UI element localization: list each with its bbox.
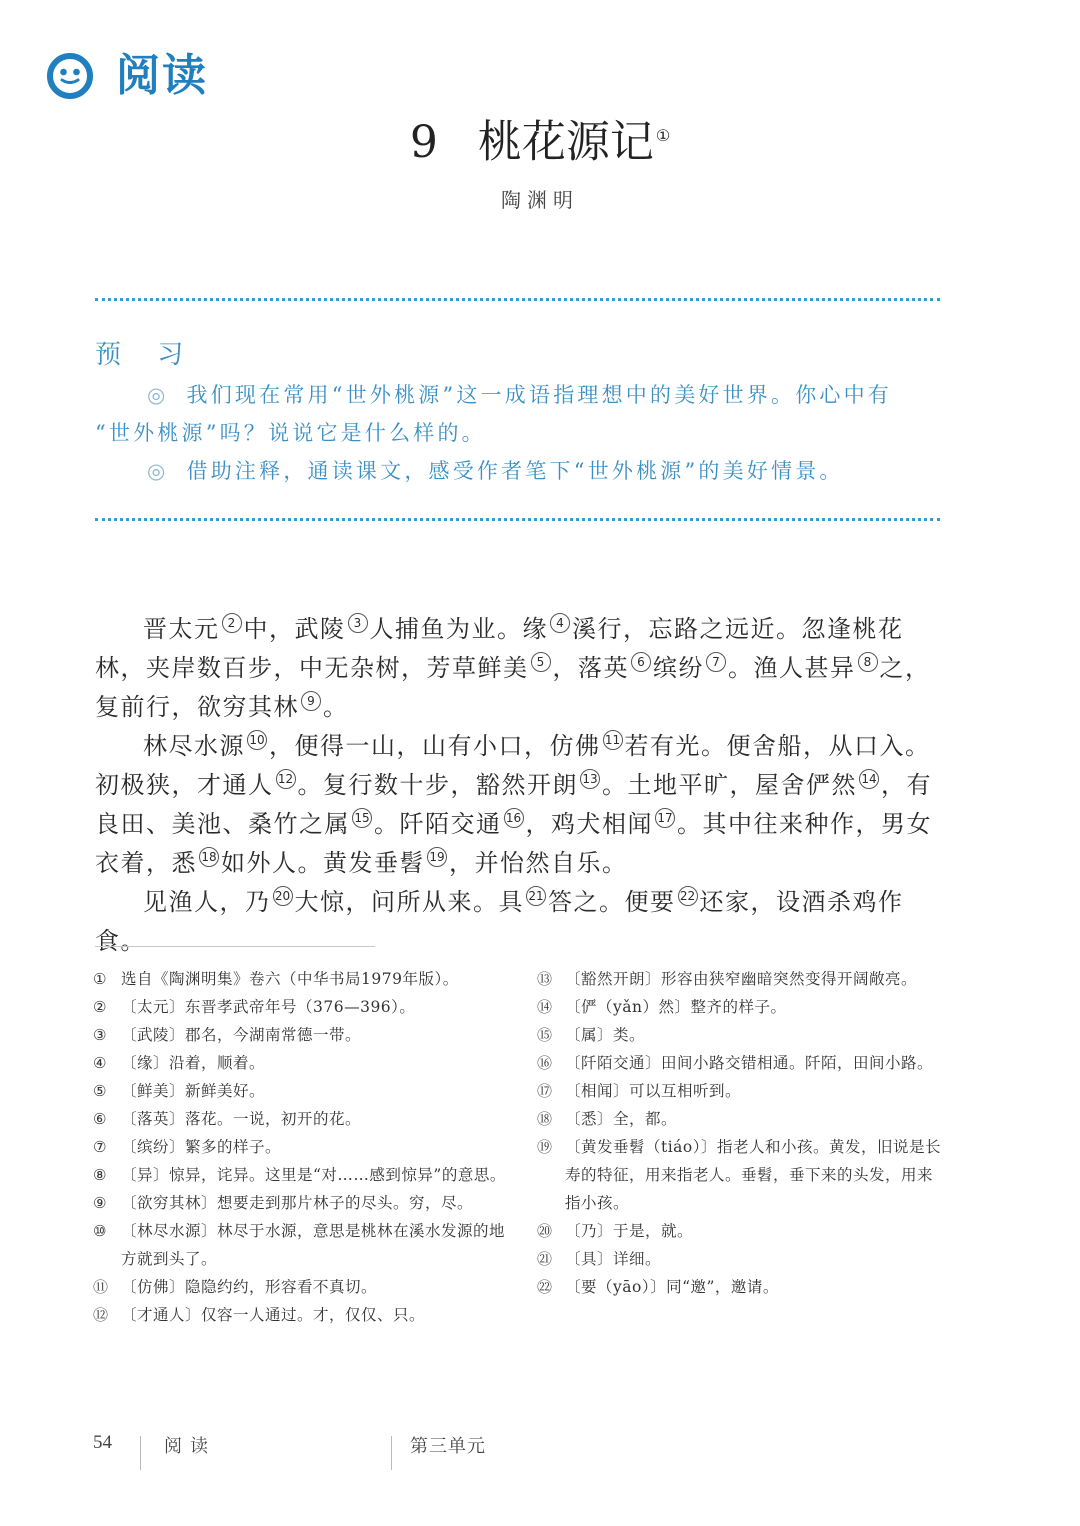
footnote-text: 〔俨（yǎn）然〕整齐的样子。 <box>565 993 947 1021</box>
lesson-title: 9桃花源记① <box>0 106 1080 173</box>
footnote-text: 〔乃〕于是，就。 <box>565 1217 947 1245</box>
footnote-number: ③ <box>93 1021 121 1049</box>
footnote-number: ⑫ <box>93 1301 121 1329</box>
footnote-item: ⑯〔阡陌交通〕田间小路交错相通。阡陌，田间小路。 <box>537 1049 947 1077</box>
footnote-number: ⑧ <box>93 1161 121 1189</box>
footer-separator <box>391 1436 392 1470</box>
paragraph: 林尽水源10，便得一山，山有小口，仿佛11若有光。便舍船，从口入。初极狭，才通人… <box>95 727 945 883</box>
footnote-marker[interactable]: 7 <box>706 652 726 672</box>
footnote-text: 〔武陵〕郡名，今湖南常德一带。 <box>121 1021 513 1049</box>
footnote-text: 〔鲜美〕新鲜美好。 <box>121 1077 513 1105</box>
footnote-text: 〔相闻〕可以互相听到。 <box>565 1077 947 1105</box>
footnote-item: ⑪〔仿佛〕隐隐约约，形容看不真切。 <box>93 1273 513 1301</box>
footnote-item: ⑨〔欲穷其林〕想要走到那片林子的尽头。穷，尽。 <box>93 1189 513 1217</box>
footnote-marker[interactable]: 22 <box>678 886 698 906</box>
footnote-item: ⑮〔属〕类。 <box>537 1021 947 1049</box>
paragraph: 晋太元2中，武陵3人捕鱼为业。缘4溪行，忘路之远近。忽逢桃花林，夹岸数百步，中无… <box>95 610 945 727</box>
footnote-marker[interactable]: 10 <box>247 730 267 750</box>
footnote-marker[interactable]: 19 <box>427 847 447 867</box>
footnote-item: ⑰〔相闻〕可以互相听到。 <box>537 1077 947 1105</box>
preview-item: ◎我们现在常用“世外桃源”这一成语指理想中的美好世界。你心中有 <box>95 376 943 414</box>
footnote-number: ⑯ <box>537 1049 565 1077</box>
footnotes-right-column: ⑬〔豁然开朗〕形容由狭窄幽暗突然变得开阔敞亮。⑭〔俨（yǎn）然〕整齐的样子。⑮… <box>537 965 947 1301</box>
bullet-icon: ◎ <box>147 383 169 407</box>
footnote-marker[interactable]: 16 <box>504 808 524 828</box>
preview-item-continuation: “世外桃源”吗？说说它是什么样的。 <box>95 414 943 452</box>
author: 陶渊明 <box>0 184 1080 213</box>
footnote-marker[interactable]: 15 <box>352 808 372 828</box>
footnote-text: 〔阡陌交通〕田间小路交错相通。阡陌，田间小路。 <box>565 1049 947 1077</box>
footnote-marker[interactable]: 2 <box>222 613 242 633</box>
footnote-text: 〔异〕惊异，诧异。这里是“对……感到惊异”的意思。 <box>121 1161 513 1189</box>
footnote-number: ⑬ <box>537 965 565 993</box>
footnote-text: 〔缤纷〕繁多的样子。 <box>121 1133 513 1161</box>
footnote-text: 〔太元〕东晋孝武帝年号（376—396）。 <box>121 993 513 1021</box>
footnote-marker[interactable]: 21 <box>526 886 546 906</box>
footnote-item: ⑧〔异〕惊异，诧异。这里是“对……感到惊异”的意思。 <box>93 1161 513 1189</box>
footnote-marker[interactable]: 13 <box>580 769 600 789</box>
footnote-number: ⑪ <box>93 1273 121 1301</box>
footnote-number: ⑤ <box>93 1077 121 1105</box>
footnote-item: ⑱〔悉〕全，都。 <box>537 1105 947 1133</box>
footnote-marker[interactable]: 18 <box>199 847 219 867</box>
section-header: 阅读 <box>46 52 208 100</box>
lesson-number: 9 <box>410 117 438 168</box>
dotted-divider-bottom <box>95 518 940 521</box>
footnote-item: ④〔缘〕沿着，顺着。 <box>93 1049 513 1077</box>
footnotes-left-column: ①选自《陶渊明集》卷六（中华书局1979年版）。②〔太元〕东晋孝武帝年号（376… <box>93 965 513 1329</box>
bullet-icon: ◎ <box>147 459 169 483</box>
footnote-marker[interactable]: 4 <box>550 613 570 633</box>
footnote-text: 〔悉〕全，都。 <box>565 1105 947 1133</box>
footnote-item: ⑳〔乃〕于是，就。 <box>537 1217 947 1245</box>
footnote-text: 〔黄发垂髫（tiáo）〕指老人和小孩。黄发，旧说是长寿的特征，用来指老人。垂髫，… <box>565 1133 947 1217</box>
footer-separator <box>140 1436 141 1470</box>
footnote-text: 〔具〕详细。 <box>565 1245 947 1273</box>
footnote-text: 〔林尽水源〕林尽于水源，意思是桃林在溪水发源的地方就到头了。 <box>121 1217 513 1273</box>
footnote-text: 〔才通人〕仅容一人通过。才，仅仅、只。 <box>121 1301 513 1329</box>
footnote-number: ⑱ <box>537 1105 565 1133</box>
footnote-item: ⑥〔落英〕落花。一说，初开的花。 <box>93 1105 513 1133</box>
footnote-number: ⑳ <box>537 1217 565 1245</box>
footnote-number: ⑩ <box>93 1217 121 1273</box>
footnote-item: ③〔武陵〕郡名，今湖南常德一带。 <box>93 1021 513 1049</box>
page-number: 54 <box>93 1432 112 1454</box>
footnote-text: 〔要（yāo）〕同“邀”，邀请。 <box>565 1273 947 1301</box>
footnote-item: ⑫〔才通人〕仅容一人通过。才，仅仅、只。 <box>93 1301 513 1329</box>
footnote-item: ㉒〔要（yāo）〕同“邀”，邀请。 <box>537 1273 947 1301</box>
section-title: 阅读 <box>116 54 208 98</box>
footnote-marker[interactable]: 11 <box>603 730 623 750</box>
smiley-face-icon <box>46 52 94 100</box>
footnote-number: ⑮ <box>537 1021 565 1049</box>
footnote-number: ㉒ <box>537 1273 565 1301</box>
footnote-marker[interactable]: 6 <box>631 652 651 672</box>
footnote-item: ⑩〔林尽水源〕林尽于水源，意思是桃林在溪水发源的地方就到头了。 <box>93 1217 513 1273</box>
lesson-title-text: 桃花源记 <box>478 117 654 168</box>
title-footnote-marker: ① <box>656 126 670 145</box>
footnote-text: 〔属〕类。 <box>565 1021 947 1049</box>
footnote-text: 〔仿佛〕隐隐约约，形容看不真切。 <box>121 1273 513 1301</box>
footnote-marker[interactable]: 5 <box>531 652 551 672</box>
footnote-marker[interactable]: 8 <box>858 652 878 672</box>
footer-section-label: 阅读 <box>164 1432 216 1458</box>
footnote-text: 选自《陶渊明集》卷六（中华书局1979年版）。 <box>121 965 513 993</box>
footnote-item: ⑬〔豁然开朗〕形容由狭窄幽暗突然变得开阔敞亮。 <box>537 965 947 993</box>
preview-item: ◎借助注释，通读课文，感受作者笔下“世外桃源”的美好情景。 <box>95 452 943 490</box>
footnote-item: ⑤〔鲜美〕新鲜美好。 <box>93 1077 513 1105</box>
footnote-marker[interactable]: 3 <box>348 613 368 633</box>
footnote-item: ①选自《陶渊明集》卷六（中华书局1979年版）。 <box>93 965 513 993</box>
preview-items: ◎我们现在常用“世外桃源”这一成语指理想中的美好世界。你心中有 “世外桃源”吗？… <box>95 376 943 490</box>
preview-heading: 预 习 <box>95 334 197 371</box>
footnote-rule <box>95 946 375 947</box>
footnote-number: ⑲ <box>537 1133 565 1217</box>
footnote-number: ⑨ <box>93 1189 121 1217</box>
dotted-divider-top <box>95 298 940 301</box>
main-text: 晋太元2中，武陵3人捕鱼为业。缘4溪行，忘路之远近。忽逢桃花林，夹岸数百步，中无… <box>95 610 945 961</box>
footnote-number: ⑰ <box>537 1077 565 1105</box>
footnote-number: ⑭ <box>537 993 565 1021</box>
footnote-marker[interactable]: 12 <box>276 769 296 789</box>
footnote-number: ⑦ <box>93 1133 121 1161</box>
footnote-number: ㉑ <box>537 1245 565 1273</box>
footnote-text: 〔欲穷其林〕想要走到那片林子的尽头。穷，尽。 <box>121 1189 513 1217</box>
footnote-text: 〔豁然开朗〕形容由狭窄幽暗突然变得开阔敞亮。 <box>565 965 947 993</box>
footnote-item: ⑲〔黄发垂髫（tiáo）〕指老人和小孩。黄发，旧说是长寿的特征，用来指老人。垂髫… <box>537 1133 947 1217</box>
footnote-text: 〔缘〕沿着，顺着。 <box>121 1049 513 1077</box>
footnote-marker[interactable]: 17 <box>655 808 675 828</box>
footnote-item: ⑦〔缤纷〕繁多的样子。 <box>93 1133 513 1161</box>
footer-unit-label: 第三单元 <box>410 1432 486 1458</box>
footnote-number: ④ <box>93 1049 121 1077</box>
footnote-number: ⑥ <box>93 1105 121 1133</box>
footnote-item: ②〔太元〕东晋孝武帝年号（376—396）。 <box>93 993 513 1021</box>
footnote-text: 〔落英〕落花。一说，初开的花。 <box>121 1105 513 1133</box>
footnote-number: ① <box>93 965 121 993</box>
footnote-marker[interactable]: 14 <box>859 769 879 789</box>
paragraph: 见渔人，乃20大惊，问所从来。具21答之。便要22还家，设酒杀鸡作食。 <box>95 883 945 961</box>
footnote-marker[interactable]: 9 <box>301 691 321 711</box>
footnote-number: ② <box>93 993 121 1021</box>
footnote-item: ⑭〔俨（yǎn）然〕整齐的样子。 <box>537 993 947 1021</box>
footnote-item: ㉑〔具〕详细。 <box>537 1245 947 1273</box>
footnote-marker[interactable]: 20 <box>273 886 293 906</box>
